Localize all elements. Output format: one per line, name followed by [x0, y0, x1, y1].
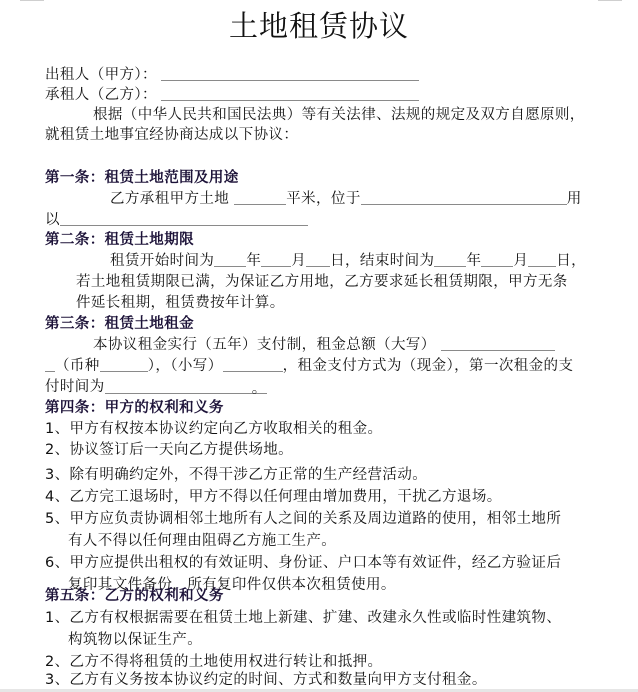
lessor-name-field[interactable]	[161, 66, 419, 81]
article-5-heading: 第五条：乙方的权利和义务	[45, 586, 224, 606]
page-corner-mark-left	[20, 0, 44, 1]
lessee-name-field[interactable]	[161, 86, 419, 101]
end-day-field[interactable]	[528, 252, 556, 267]
year-label: 年	[246, 253, 261, 269]
article-1-heading: 第一条：租赁土地范围及用途	[45, 168, 239, 188]
day-label: 日，	[556, 253, 586, 269]
lessee-label: 承租人（乙方）：	[45, 87, 157, 103]
article-5-item-3: 3、乙方有义务按本协议约定的时间、方式和数量向甲方支付租金。	[45, 670, 487, 690]
month-label: 月	[291, 253, 306, 269]
article-4-item-1: 1、甲方有权按本协议约定向乙方收取相关的租金。	[45, 419, 382, 439]
rent-total-label: 本协议租金实行（五年）支付制，租金总额（大写）	[93, 337, 436, 353]
end-time-label: 日，结束时间为	[330, 253, 434, 269]
article-2-heading: 第二条：租赁土地期限	[45, 230, 194, 250]
document-title: 土地租赁协议	[45, 4, 593, 45]
article-3-line-1: 本协议租金实行（五年）支付制，租金总额（大写）	[93, 335, 555, 355]
article-2-line-1: 租赁开始时间为年月日，结束时间为年月日，	[110, 251, 586, 271]
location-field[interactable]	[361, 190, 567, 205]
end-month-field[interactable]	[481, 252, 513, 267]
rent-total-continue-field[interactable]	[45, 357, 55, 372]
article-4-item-5-cont: 有人不得以任何理由阻碍乙方施工生产。	[68, 531, 336, 551]
article-3-line-2: （币种），（小写），租金支付方式为（现金），第一次租金的支	[45, 356, 573, 376]
rent-lowercase-field[interactable]	[223, 357, 283, 372]
article-3-line-3: 付时间为。	[45, 377, 267, 397]
page-corner-mark-right	[598, 0, 622, 1]
preamble-line-1: 根据（中华人民共和国民法典）等有关法律、法规的规定及双方自愿原则，	[93, 105, 585, 125]
article-2-line-2: 若土地租赁期限已满，为保证乙方用地，乙方要求延长租赁期限，甲方无条	[76, 272, 568, 292]
start-time-label: 租赁开始时间为	[110, 253, 214, 269]
article-4-item-3: 3、除有明确约定外，不得干涉乙方正常的生产经营活动。	[45, 465, 427, 485]
article-1-text-b: 平米，位于	[286, 191, 361, 207]
rent-total-capital-field[interactable]	[441, 336, 555, 351]
article-4-item-5: 5、甲方应负责协调相邻土地所有人之间的关系及周边道路的使用，相邻土地所	[45, 509, 561, 529]
start-month-field[interactable]	[261, 252, 291, 267]
article-4-item-2: 2、协议签订后一天向乙方提供场地。	[45, 440, 293, 460]
month-label: 月	[513, 253, 528, 269]
start-day-field[interactable]	[306, 252, 330, 267]
currency-label: （币种	[55, 358, 100, 374]
year-label: 年	[466, 253, 481, 269]
article-5-item-2: 2、乙方不得将租赁的土地使用权进行转让和抵押。	[45, 652, 382, 672]
area-field[interactable]	[234, 190, 286, 205]
rent-lowercase-label: ），（小写）	[148, 358, 223, 374]
article-5-item-1: 1、乙方有权根据需要在租赁土地上新建、扩建、改建永久性或临时性建筑物、	[45, 608, 561, 628]
currency-field[interactable]	[100, 357, 148, 372]
article-3-heading: 第三条：租赁土地租金	[45, 314, 194, 334]
article-4-heading: 第四条：甲方的权利和义务	[45, 398, 224, 418]
lessor-line: 出租人（甲方）：	[45, 65, 419, 85]
end-year-field[interactable]	[434, 252, 466, 267]
article-1-text-a: 乙方承租甲方土地	[110, 191, 229, 207]
article-1-text-c: 用	[567, 191, 582, 207]
start-year-field[interactable]	[214, 252, 246, 267]
lessee-line: 承租人（乙方）：	[45, 85, 419, 105]
article-4-item-6: 6、甲方应提供出租权的有效证明、身份证、户口本等有效证件，经乙方验证后	[45, 553, 561, 573]
lessor-label: 出租人（甲方）：	[45, 67, 157, 83]
article-1-line-2: 以	[45, 210, 308, 230]
article-2-line-3: 件延长租期，租赁费按年计算。	[76, 293, 285, 313]
article-1-text-d: 以	[45, 212, 60, 228]
article-5-item-1-cont: 构筑物以保证生产。	[68, 630, 202, 650]
period-mark: 。	[252, 381, 267, 397]
payment-method-text: ，租金支付方式为（现金），第一次租金的支	[283, 358, 574, 374]
article-4-item-4: 4、乙方完工退场时，甲方不得以任何理由增加费用，干扰乙方退场。	[45, 487, 502, 507]
article-1-line-1: 乙方承租甲方土地 平米，位于用	[110, 189, 582, 209]
first-payment-label: 付时间为	[45, 379, 105, 395]
usage-field[interactable]	[60, 211, 308, 226]
preamble-line-2: 就租赁土地事宜经协商达成以下协议：	[45, 125, 298, 145]
first-payment-date-field[interactable]: 。	[105, 379, 267, 394]
